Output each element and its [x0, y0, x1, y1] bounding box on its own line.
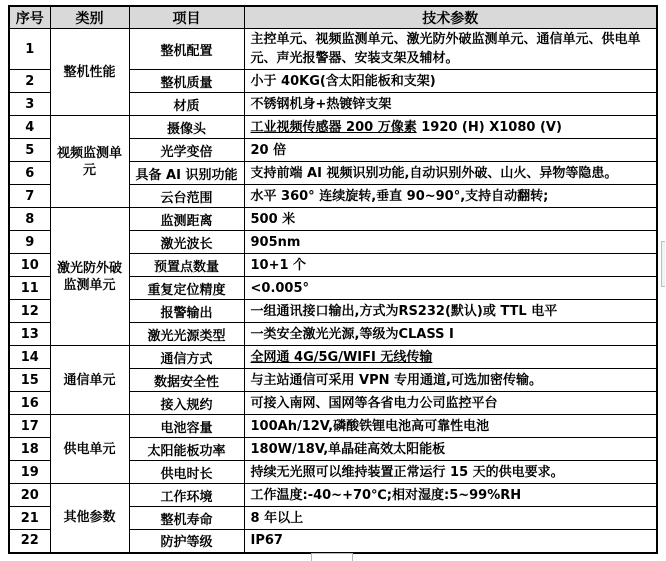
header-row: 序号 类别 项目 技术参数 — [9, 6, 657, 29]
row-number-cell: 14 — [9, 346, 50, 369]
table-row: 4 视频监测单元 摄像头 工业视频传感器 200 万像素 1920 (H) X1… — [9, 116, 657, 139]
item-cell: 电池容量 — [129, 415, 244, 438]
param-cell: 可接入南网、国网等各省电力公司监控平台 — [244, 392, 657, 415]
table-row: 8 激光防外破监测单元 监测距离 500 米 — [9, 208, 657, 231]
param-text: 与主站通信可采用 VPN 专用通道,可选加密传输。 — [251, 373, 542, 388]
table-row: 20 其他参数 工作环境 工作温度:-40~+70℃;相对湿度:5~99%RH — [9, 484, 657, 507]
param-text: 不锈钢机身+热镀锌支架 — [251, 97, 392, 112]
param-text: 一组通讯接口输出,方式为RS232(默认)或 TTL 电平 — [251, 304, 558, 319]
param-text: 可接入南网、国网等各省电力公司监控平台 — [251, 396, 498, 411]
row-number-cell: 11 — [9, 277, 50, 300]
scrollbar-sliver — [661, 241, 665, 287]
row-number-cell: 22 — [9, 530, 50, 553]
param-text: 支持前端 AI 视频识别功能,自动识别外破、山火、异物等隐患。 — [251, 166, 618, 181]
param-text: IP67 — [251, 533, 283, 548]
param-text: 905nm — [251, 235, 301, 250]
param-cell: 工作温度:-40~+70℃;相对湿度:5~99%RH — [244, 484, 657, 507]
table-row: 14 通信单元 通信方式 全网通 4G/5G/WIFI 无线传输 — [9, 346, 657, 369]
param-cell: 20 倍 — [244, 139, 657, 162]
param-text: 20 倍 — [251, 143, 287, 158]
item-cell: 报警输出 — [129, 300, 244, 323]
param-text: 500 米 — [251, 212, 296, 227]
param-text: 工作温度:-40~+70℃;相对湿度:5~99%RH — [251, 488, 522, 503]
param-cell: 支持前端 AI 视频识别功能,自动识别外破、山火、异物等隐患。 — [244, 162, 657, 185]
param-text: 一类安全激光光源,等级为CLASS Ⅰ — [251, 327, 454, 342]
category-cell: 通信单元 — [50, 346, 129, 415]
param-cell: 一类安全激光光源,等级为CLASS Ⅰ — [244, 323, 657, 346]
item-cell: 监测距离 — [129, 208, 244, 231]
item-cell: 激光波长 — [129, 231, 244, 254]
row-number-cell: 16 — [9, 392, 50, 415]
param-cell: IP67 — [244, 530, 657, 553]
row-number-cell: 1 — [9, 29, 50, 70]
param-cell: 一组通讯接口输出,方式为RS232(默认)或 TTL 电平 — [244, 300, 657, 323]
header-param: 技术参数 — [244, 6, 657, 29]
param-cell: 全网通 4G/5G/WIFI 无线传输 — [244, 346, 657, 369]
param-cell: 100Ah/12V,磷酸铁锂电池高可靠性电池 — [244, 415, 657, 438]
item-cell: 供电时长 — [129, 461, 244, 484]
param-cell: 10+1 个 — [244, 254, 657, 277]
header-no: 序号 — [9, 6, 50, 29]
spec-table: 序号 类别 项目 技术参数 1 整机性能 整机配置 主控单元、视频监测单元、激光… — [8, 5, 658, 554]
param-cell: 500 米 — [244, 208, 657, 231]
row-number-cell: 17 — [9, 415, 50, 438]
param-cell: 180W/18V,单晶硅高效太阳能板 — [244, 438, 657, 461]
param-cell: 小于 40KG(含太阳能板和支架) — [244, 70, 657, 93]
category-cell: 整机性能 — [50, 29, 129, 116]
param-cell: 工业视频传感器 200 万像素 1920 (H) X1080 (V) — [244, 116, 657, 139]
row-number-cell: 20 — [9, 484, 50, 507]
category-cell: 激光防外破监测单元 — [50, 208, 129, 346]
item-cell: 太阳能板功率 — [129, 438, 244, 461]
param-cell: 水平 360° 连续旋转,垂直 90~90°,支持自动翻转; — [244, 185, 657, 208]
param-cell: 不锈钢机身+热镀锌支架 — [244, 93, 657, 116]
row-number-cell: 12 — [9, 300, 50, 323]
item-cell: 整机配置 — [129, 29, 244, 70]
category-cell: 供电单元 — [50, 415, 129, 484]
item-cell: 摄像头 — [129, 116, 244, 139]
param-underline-text: 全网通 4G/5G/WIFI 无线传输 — [251, 350, 433, 365]
item-cell: 具备 AI 识别功能 — [129, 162, 244, 185]
item-cell: 激光光源类型 — [129, 323, 244, 346]
param-text: 8 年以上 — [251, 511, 304, 526]
param-text: 主控单元、视频监测单元、激光防外破监测单元、通信单元、供电单元、声光报警器、安装… — [251, 32, 641, 66]
row-number-cell: 4 — [9, 116, 50, 139]
param-cell: 905nm — [244, 231, 657, 254]
category-cell: 视频监测单元 — [50, 116, 129, 208]
param-cell: 持续无光照可以维持装置正常运行 15 天的供电要求。 — [244, 461, 657, 484]
item-cell: 整机质量 — [129, 70, 244, 93]
item-cell: 数据安全性 — [129, 369, 244, 392]
item-cell: 预置点数量 — [129, 254, 244, 277]
item-cell: 材质 — [129, 93, 244, 116]
row-number-cell: 13 — [9, 323, 50, 346]
item-cell: 接入规约 — [129, 392, 244, 415]
param-cell: <0.005° — [244, 277, 657, 300]
param-text: <0.005° — [251, 281, 310, 296]
row-number-cell: 5 — [9, 139, 50, 162]
table-row: 1 整机性能 整机配置 主控单元、视频监测单元、激光防外破监测单元、通信单元、供… — [9, 29, 657, 70]
row-number-cell: 19 — [9, 461, 50, 484]
param-text: 持续无光照可以维持装置正常运行 15 天的供电要求。 — [251, 465, 564, 480]
row-number-cell: 18 — [9, 438, 50, 461]
row-number-cell: 6 — [9, 162, 50, 185]
item-cell: 整机寿命 — [129, 507, 244, 530]
item-cell: 云台范围 — [129, 185, 244, 208]
param-cell: 主控单元、视频监测单元、激光防外破监测单元、通信单元、供电单元、声光报警器、安装… — [244, 29, 657, 70]
row-number-cell: 3 — [9, 93, 50, 116]
item-cell: 工作环境 — [129, 484, 244, 507]
row-number-cell: 7 — [9, 185, 50, 208]
item-cell: 重复定位精度 — [129, 277, 244, 300]
row-number-cell: 8 — [9, 208, 50, 231]
gridline-artifact — [311, 553, 353, 561]
item-cell: 通信方式 — [129, 346, 244, 369]
row-number-cell: 10 — [9, 254, 50, 277]
param-text: 100Ah/12V,磷酸铁锂电池高可靠性电池 — [251, 419, 490, 434]
table-row: 17 供电单元 电池容量 100Ah/12V,磷酸铁锂电池高可靠性电池 — [9, 415, 657, 438]
param-underline-text: 工业视频传感器 200 万像素 — [251, 120, 417, 135]
row-number-cell: 2 — [9, 70, 50, 93]
row-number-cell: 9 — [9, 231, 50, 254]
row-number-cell: 15 — [9, 369, 50, 392]
param-text: 180W/18V,单晶硅高效太阳能板 — [251, 442, 446, 457]
category-cell: 其他参数 — [50, 484, 129, 553]
param-text: 小于 40KG(含太阳能板和支架) — [251, 74, 436, 89]
param-text: 1920 (H) X1080 (V) — [417, 120, 562, 135]
item-cell: 防护等级 — [129, 530, 244, 553]
row-number-cell: 21 — [9, 507, 50, 530]
item-cell: 光学变倍 — [129, 139, 244, 162]
param-cell: 8 年以上 — [244, 507, 657, 530]
header-category: 类别 — [50, 6, 129, 29]
param-cell: 与主站通信可采用 VPN 专用通道,可选加密传输。 — [244, 369, 657, 392]
param-text: 水平 360° 连续旋转,垂直 90~90°,支持自动翻转; — [251, 189, 549, 204]
header-item: 项目 — [129, 6, 244, 29]
param-text: 10+1 个 — [251, 258, 307, 273]
